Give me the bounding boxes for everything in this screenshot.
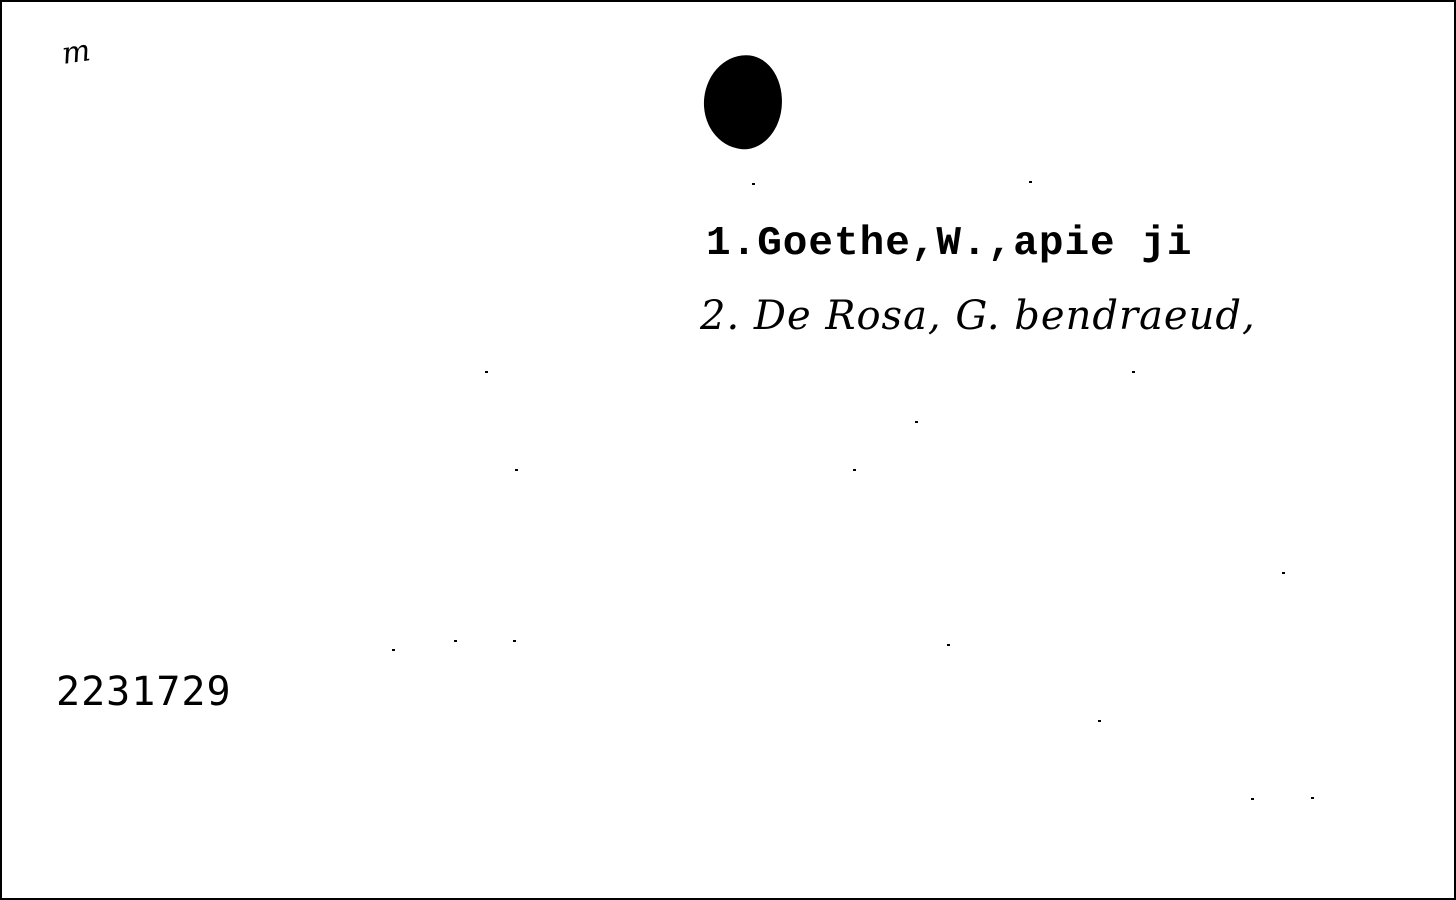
card-number: 2231729 xyxy=(56,672,232,712)
punch-hole-icon xyxy=(699,51,786,153)
scan-speck xyxy=(1251,798,1254,800)
scan-speck xyxy=(513,640,516,642)
scan-speck xyxy=(485,371,488,373)
scan-speck xyxy=(515,469,518,471)
scan-speck xyxy=(915,421,918,423)
scan-speck xyxy=(1029,181,1032,183)
scan-speck xyxy=(1098,720,1101,722)
subject-entry-2: 2. De Rosa, G. bendraeud, xyxy=(700,296,1256,336)
scan-speck xyxy=(853,469,856,471)
catalog-card: m 1.Goethe,W.,apie ji 2. De Rosa, G. ben… xyxy=(0,0,1456,900)
subject-entry-1: 1.Goethe,W.,apie ji xyxy=(706,224,1192,265)
scan-speck xyxy=(1282,572,1285,574)
scan-speck xyxy=(1311,797,1314,799)
scan-speck xyxy=(947,644,950,646)
scan-speck xyxy=(392,649,395,651)
scan-speck xyxy=(1132,371,1135,373)
handwritten-corner-mark: m xyxy=(60,36,92,70)
scan-speck xyxy=(454,640,457,642)
scan-speck xyxy=(752,183,755,185)
